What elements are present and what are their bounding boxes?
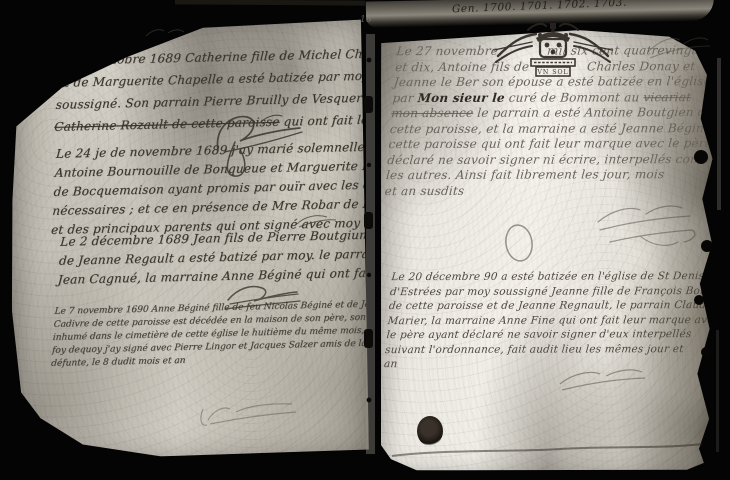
right-page: Le 27 novembremil six cent quatrevingtet…	[377, 27, 719, 479]
handwritten-line: Le 16 octobre 1689 Catherine fille de Mi…	[58, 43, 360, 72]
handwritten-line: nécessaires ; et ce en présence de Mre R…	[52, 195, 361, 221]
handwritten-line: par Mon sieur le curé de Bommont au vica…	[392, 90, 694, 107]
handwritten-line: Cadivre de cette paroisse est décédée en…	[53, 312, 368, 332]
entry-baptism-jeanne-boisgrier: Le 20 décembre 90 a esté batizée en l'ég…	[383, 269, 700, 372]
handwritten-line: Antoine Bournouille de Bonqueue et Margu…	[54, 157, 363, 183]
handwritten-line: d'Estrées par moy soussigné Jeanne fille…	[389, 284, 698, 300]
handwritten-line: Jean Cagnué, la marraine Anne Béginé qui…	[57, 264, 363, 290]
handwritten-line: Catherine Rozault de cette paroisse qui …	[54, 109, 356, 138]
entry-burial-anne-begine: Le 7 novembre 1690 Anne Béginé fille de …	[51, 299, 369, 371]
handwritten-line: mon absence le parrain a esté Antoine Bo…	[391, 105, 693, 122]
handwritten-line: inhumé dans le cimetière de cette église…	[52, 325, 367, 345]
stamp-shield-icon	[540, 39, 566, 57]
handwritten-line: de cette paroisse et de Jeanne Regnault,…	[388, 298, 697, 314]
handwritten-line: défunte, le 8 dudit mois et an	[51, 351, 366, 371]
handwritten-line: et de Marguerite Chapelle a esté batizée…	[56, 65, 358, 94]
handwritten-line: le père ayant déclaré ne savoir signer d…	[386, 327, 695, 343]
handwritten-line: suivant l'ordonnance, fait audit lieu le…	[385, 342, 694, 358]
register-years-label: Gen. 1700. 1701. 1702. 1703.	[452, 0, 627, 15]
handwritten-line: Le 20 décembre 90 a esté batizée en l'ég…	[391, 269, 700, 285]
entry-baptism-jean-boutgium: Le 2 décembre 1689 Jean fils de Pierre B…	[57, 226, 366, 290]
handwritten-line: et des principaux parents qui ont signé …	[50, 214, 359, 240]
handwritten-line: Marier, la marraine Anne Fine qui ont fa…	[387, 313, 696, 329]
handwritten-line: soussigné. Son parrain Pierre Bruilly de…	[55, 87, 357, 116]
handwritten-line: et an susdits	[384, 183, 686, 200]
handwritten-line: Le 2 décembre 1689 Jean fils de Pierre B…	[60, 226, 366, 252]
tax-stamp: VN SOL	[492, 22, 614, 80]
entry-marriage-bournouille-lingor: Le 24 je de novembre 1689 j'ay marié sol…	[50, 138, 364, 240]
handwritten-line: an	[383, 356, 692, 372]
entry-baptism-catherine-cholet: Le 16 octobre 1689 Catherine fille de Mi…	[54, 43, 360, 138]
underlying-page-edge	[716, 330, 719, 452]
parish-register-scan: Gen. 1700. 1701. 1702. 1703. Le 16 octob…	[0, 0, 730, 480]
handwritten-line: les autres. Ainsi fait librement les jou…	[385, 167, 687, 184]
stamp-banner: VN SOL	[531, 59, 575, 76]
ink-blot	[417, 416, 443, 446]
handwritten-line: Le 24 je de novembre 1689 j'ay marié sol…	[55, 138, 364, 164]
handwritten-line: de Bocquemaison ayant promis par ouïr av…	[53, 176, 362, 202]
cover-edge-shadow	[175, 0, 365, 6]
handwritten-line: cette paroisse qui ont fait leur marque …	[388, 136, 690, 153]
handwritten-line: cette paroisse, et la marraine a esté Je…	[389, 121, 691, 138]
marginal-scribble	[146, 30, 184, 36]
handwritten-line: déclaré ne savoir signer ni écrire, inte…	[387, 152, 689, 169]
handwritten-line: de Jeanne Regault a esté batizé par moy.…	[58, 245, 364, 271]
handwritten-line: Le 7 novembre 1690 Anne Béginé fille de …	[54, 299, 369, 319]
handwritten-line: foy dequoy j'ay signé avec Pierre Lingor…	[52, 338, 367, 358]
left-page: Le 16 octobre 1689 Catherine fille de Mi…	[5, 18, 371, 467]
stamp-banner-text: VN SOL	[536, 69, 568, 76]
underlying-page-edge	[717, 58, 721, 210]
